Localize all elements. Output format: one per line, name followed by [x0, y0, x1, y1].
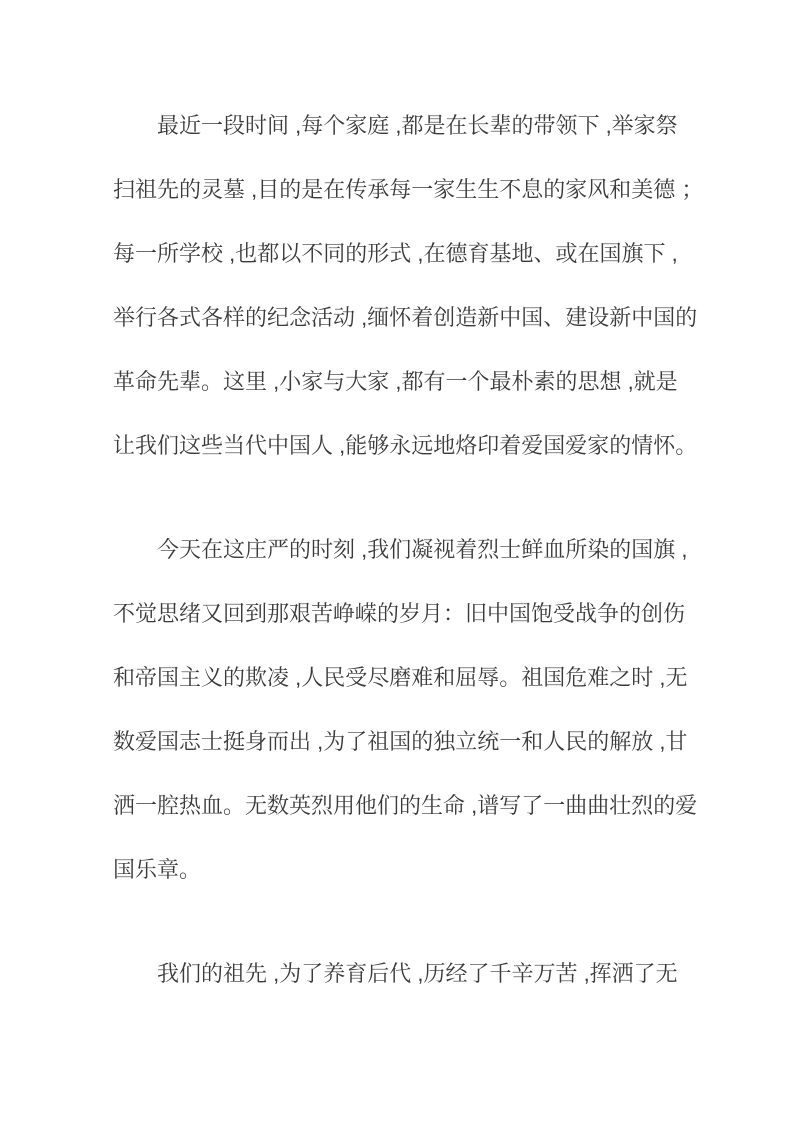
document-page: 最近一段时间 ,每个家庭 ,都是在长辈的带领下 ,举家祭 扫祖先的灵墓 ,目的是…: [0, 0, 793, 1122]
text-line: 国乐章。: [113, 838, 698, 902]
text-line: 数爱国志士挺身而出 ,为了祖国的独立统一和人民的解放 ,甘: [113, 710, 698, 774]
text-line: 让我们这些当代中国人 ,能够永远地烙印着爱国爱家的情怀。: [113, 414, 698, 478]
text-line: 最近一段时间 ,每个家庭 ,都是在长辈的带领下 ,举家祭: [113, 94, 698, 158]
paragraph-3: 我们的祖先 ,为了养育后代 ,历经了千辛万苦 ,挥洒了无: [113, 942, 698, 1006]
text-line: 革命先辈。这里 ,小家与大家 ,都有一个最朴素的思想 ,就是: [113, 350, 698, 414]
paragraph-2: 今天在这庄严的时刻 ,我们凝视着烈士鲜血所染的国旗 , 不觉思绪又回到那艰苦峥嵘…: [113, 518, 698, 902]
text-line: 我们的祖先 ,为了养育后代 ,历经了千辛万苦 ,挥洒了无: [113, 942, 698, 1006]
text-line: 扫祖先的灵墓 ,目的是在传承每一家生生不息的家风和美德 ；: [113, 158, 698, 222]
text-line: 和帝国主义的欺凌 ,人民受尽磨难和屈辱。祖国危难之时 ,无: [113, 646, 698, 710]
document-content: 最近一段时间 ,每个家庭 ,都是在长辈的带领下 ,举家祭 扫祖先的灵墓 ,目的是…: [0, 0, 793, 1006]
text-line: 洒一腔热血。无数英烈用他们的生命 ,谱写了一曲曲壮烈的爱: [113, 774, 698, 838]
paragraph-1: 最近一段时间 ,每个家庭 ,都是在长辈的带领下 ,举家祭 扫祖先的灵墓 ,目的是…: [113, 94, 698, 478]
text-line: 不觉思绪又回到那艰苦峥嵘的岁月：旧中国饱受战争的创伤: [113, 582, 698, 646]
text-line: 今天在这庄严的时刻 ,我们凝视着烈士鲜血所染的国旗 ,: [113, 518, 698, 582]
text-line: 每一所学校 ,也都以不同的形式 ,在德育基地、或在国旗下 ,: [113, 222, 698, 286]
text-line: 举行各式各样的纪念活动 ,缅怀着创造新中国、建设新中国的: [113, 286, 698, 350]
